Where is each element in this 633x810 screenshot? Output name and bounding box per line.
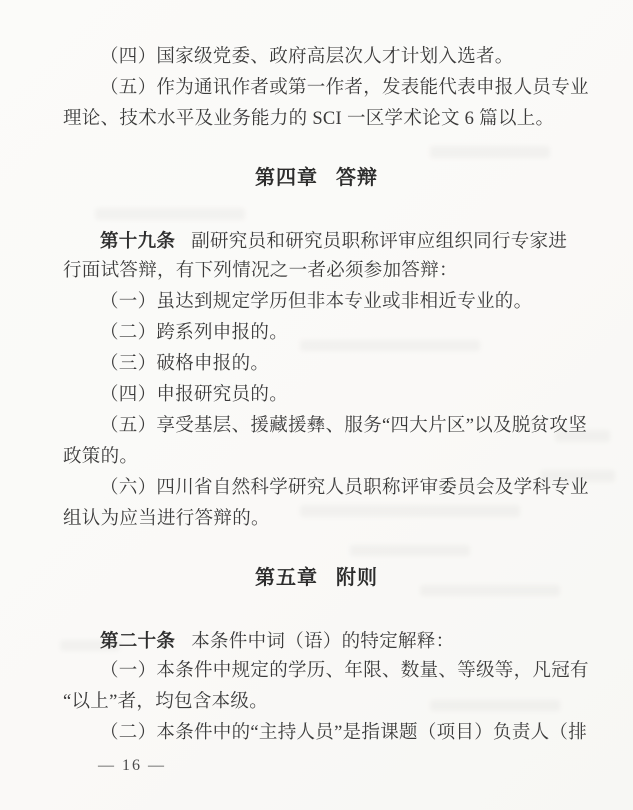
list-item: （六）四川省自然科学研究人员职称评审委员会及学科专业: [63, 473, 570, 504]
list-item: （一）本条件中规定的学历、年限、数量、等级等，凡冠有: [63, 656, 570, 687]
chapter-number: 第四章: [255, 167, 318, 189]
list-item: （二）跨系列申报的。: [63, 318, 570, 349]
article-number: 第二十条: [100, 630, 175, 651]
list-item: （三）破格申报的。: [63, 349, 570, 380]
list-item: （四）申报研究员的。: [63, 380, 570, 411]
chapter-heading: 第五章附则: [63, 563, 570, 594]
article-first-line: 第十九条副研究员和研究员职称评审应组织同行专家进: [63, 225, 570, 256]
article-number: 第十九条: [100, 230, 175, 251]
list-item: （五）享受基层、援藏援彝、服务“四大片区”以及脱贫攻坚: [63, 411, 570, 442]
chapter-heading: 第四章答辩: [63, 163, 570, 194]
list-item: （二）本条件中的“主持人员”是指课题（项目）负责人（排: [63, 718, 570, 749]
article-first-line: 第二十条本条件中词（语）的特定解释：: [63, 625, 570, 656]
page-number: — 16 —: [98, 757, 166, 775]
article-text: 副研究员和研究员职称评审应组织同行专家进: [191, 232, 567, 252]
chapter-title: 附则: [336, 567, 378, 589]
text-line: 理论、技术水平及业务能力的 SCI 一区学术论文 6 篇以上。: [63, 104, 570, 135]
list-item-continuation: 组认为应当进行答辩的。: [63, 504, 570, 535]
chapter-number: 第五章: [255, 567, 318, 589]
list-item: （一）虽达到规定学历但非本专业或非相近专业的。: [63, 287, 570, 318]
text-line: （五）作为通讯作者或第一作者，发表能代表申报人员专业: [63, 73, 570, 104]
text-line: 行面试答辩，有下列情况之一者必须参加答辩：: [63, 256, 570, 287]
page-content: （四）国家级党委、政府高层次人才计划入选者。 （五）作为通讯作者或第一作者，发表…: [63, 42, 570, 749]
article-text: 本条件中词（语）的特定解释：: [191, 632, 454, 652]
list-item-continuation: “以上”者，均包含本级。: [63, 687, 570, 718]
chapter-title: 答辩: [336, 167, 378, 189]
document-page: （四）国家级党委、政府高层次人才计划入选者。 （五）作为通讯作者或第一作者，发表…: [0, 0, 633, 810]
text-line: （四）国家级党委、政府高层次人才计划入选者。: [63, 42, 570, 73]
list-item-continuation: 政策的。: [63, 442, 570, 473]
